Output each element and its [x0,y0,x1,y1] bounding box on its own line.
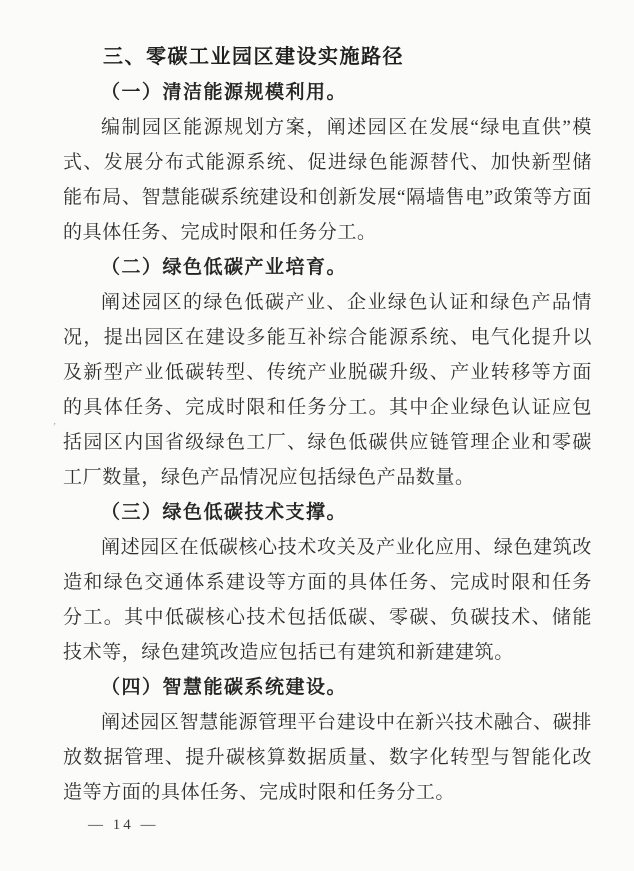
page-title: 三、零碳工业园区建设实施路径 [63,40,592,75]
paragraph-2: 阐述园区的绿色低碳产业、企业绿色认证和绿色产品情况，提出园区在建设多能互补综合能… [63,285,592,495]
scan-artifact-mark: ʼ [48,410,59,445]
section-green-industry: （二）绿色低碳产业培育。 阐述园区的绿色低碳产业、企业绿色认证和绿色产品情况，提… [63,250,592,495]
subsection-title-2: （二）绿色低碳产业培育。 [63,250,592,285]
section-low-carbon-tech: （三）绿色低碳技术支撑。 阐述园区在低碳核心技术攻关及产业化应用、绿色建筑改造和… [63,495,592,670]
subsection-title-4: （四）智慧能碳系统建设。 [63,670,592,705]
paragraph-1: 编制园区能源规划方案，阐述园区在发展“绿电直供”模式、发展分布式能源系统、促进绿… [63,110,592,250]
subsection-title-3: （三）绿色低碳技术支撑。 [63,495,592,530]
paragraph-4: 阐述园区智慧能源管理平台建设中在新兴技术融合、碳排放数据管理、提升碳核算数据质量… [63,705,592,810]
document-page: 三、零碳工业园区建设实施路径 （一）清洁能源规模利用。 编制园区能源规划方案，阐… [0,0,634,871]
section-smart-energy-carbon: （四）智慧能碳系统建设。 阐述园区智慧能源管理平台建设中在新兴技术融合、碳排放数… [63,670,592,810]
page-number: — 14 — [88,808,159,843]
subsection-title-1: （一）清洁能源规模利用。 [63,75,592,110]
paragraph-3: 阐述园区在低碳核心技术攻关及产业化应用、绿色建筑改造和绿色交通体系建设等方面的具… [63,530,592,670]
section-clean-energy: （一）清洁能源规模利用。 编制园区能源规划方案，阐述园区在发展“绿电直供”模式、… [63,75,592,250]
